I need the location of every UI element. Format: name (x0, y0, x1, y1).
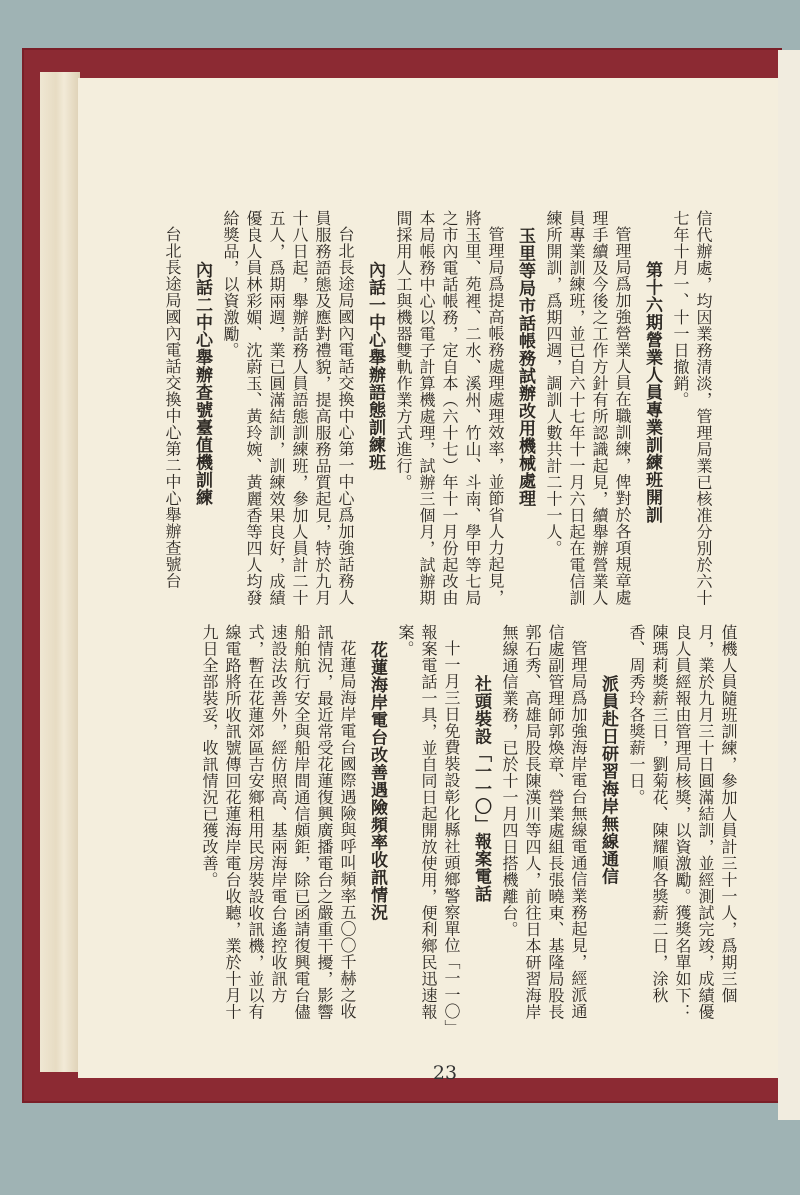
paragraph: 台北長途局國內電話交換中心第一中心爲加強話務人員服務語態及應對禮貌，提高服務品質… (219, 210, 357, 610)
article-heading: 玉里等局市話帳務試辦改用機械處理 (513, 210, 536, 610)
paragraph: 值機人員隨班訓練，參加人員計三十一人，爲期三個月，業於九月三十日圓滿結訓，並經測… (625, 624, 740, 1034)
article-heading: 花蓮海岸電台改善遇險頻率收訊情況 (365, 624, 388, 1034)
article-heading: 內話二中心舉辦查號臺值機訓練 (190, 210, 213, 610)
facing-page-edge (778, 50, 800, 1120)
paragraph: 花蓮局海岸電台國際遇險與呼叫頻率五〇〇千赫之收訊情況，最近常受花蓮復興廣播電台之… (198, 624, 359, 1034)
article-heading: 社頭裝設「一一〇」報案電話 (469, 624, 492, 1034)
article-heading: 第十六期營業人員專業訓練班開訓 (640, 210, 663, 610)
paragraph: 十一月三日免費裝設彰化縣社頭鄉警察單位「一一〇」報案電話一具，並自同日起開放使用… (394, 624, 463, 1034)
page-edges (40, 72, 80, 1072)
bottom-text-block: 值機人員隨班訓練，參加人員計三十一人，爲期三個月，業於九月三十日圓滿結訓，並經測… (198, 624, 740, 1034)
page-number: 23 (425, 1062, 465, 1084)
paragraph: 信代辦處，均因業務清淡，管理局業已核准分別於六十七年十月一、十一日撤銷。 (669, 210, 715, 610)
top-text-block: 信代辦處，均因業務清淡，管理局業已核准分別於六十七年十月一、十一日撤銷。 第十六… (161, 210, 715, 610)
paragraph: 台北長途局國內電話交換中心第二中心舉辦查號台 (161, 210, 184, 610)
paragraph: 管理局爲提高帳務處理處理效率，並節省人力起見，將玉里、苑裡、二水、溪州、竹山、斗… (392, 210, 507, 610)
paragraph: 管理局爲加強海岸電台無線電通信業務起見，經派通信處副管理師郭煥章、營業處組長張曉… (498, 624, 590, 1034)
article-heading: 內話一中心舉辦語態訓練班 (363, 210, 386, 610)
article-heading: 派員赴日研習海岸無線通信 (596, 624, 619, 1034)
paragraph: 管理局爲加強營業人員在職訓練，俾對於各項規章處理手續及今後之工作方針有所認識起見… (542, 210, 634, 610)
